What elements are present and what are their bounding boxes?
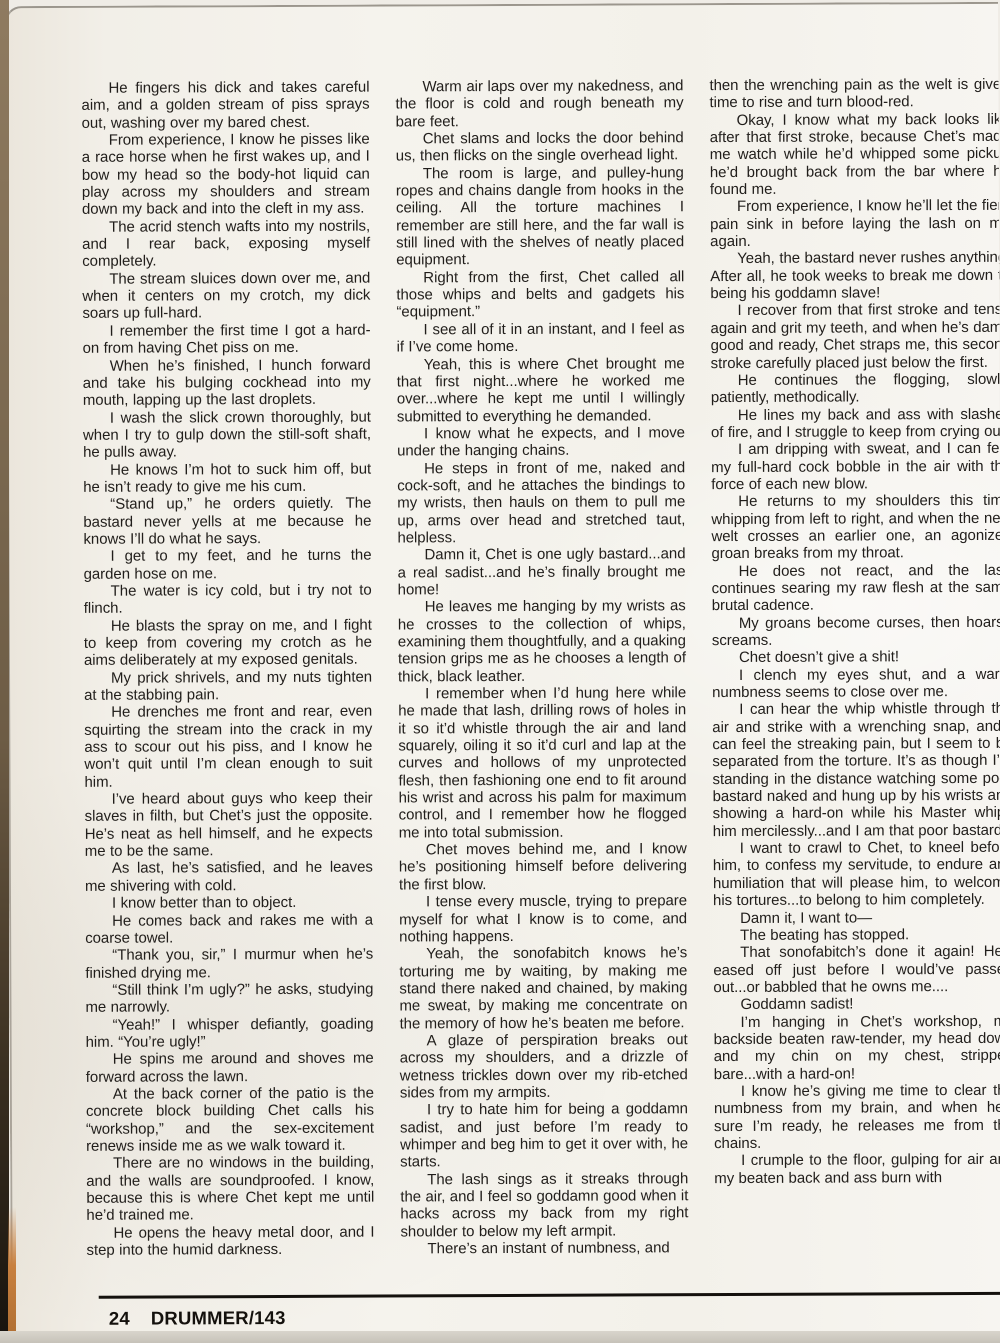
- paragraph: He does not react, and the lash continue…: [712, 561, 1000, 614]
- paragraph: From experience, I know he pisses like a…: [82, 131, 370, 219]
- paragraph: Yeah, the bastard never rushes anything!…: [710, 249, 1000, 302]
- paragraph: I tense every muscle, trying to prepare …: [399, 892, 687, 945]
- scan-edge-left: [0, 0, 9, 1343]
- paragraph: Chet doesn’t give a shit!: [712, 648, 1000, 667]
- paragraph: That sonofabitch’s done it again! He’s e…: [713, 943, 1000, 996]
- paragraph: He comes back and rakes me with a coarse…: [85, 911, 373, 947]
- scan-edge-bottom: [0, 1331, 1000, 1343]
- scan-edge-accent: [8, 1207, 16, 1337]
- paragraph: He lines my back and ass with slashes of…: [711, 405, 1000, 441]
- footer-rule: [99, 1292, 1000, 1299]
- paragraph: There’s an instant of numbness, and: [400, 1239, 688, 1258]
- paragraph: I recover from that first stroke and ten…: [710, 301, 1000, 372]
- paragraph: Yeah, this is where Chet brought me that…: [397, 355, 685, 426]
- paragraph: I know he’s giving me time to clear the …: [714, 1082, 1000, 1153]
- paragraph: “Yeah!” I whisper defiantly, goading him…: [86, 1015, 374, 1051]
- paragraph: Chet slams and locks the door behind us,…: [396, 129, 684, 165]
- paragraph: “Stand up,” he orders quietly. The basta…: [83, 495, 371, 548]
- paragraph: I’ve heard about guys who keep their sla…: [85, 790, 373, 861]
- paragraph: Yeah, the sonofabitch knows he’s torturi…: [399, 944, 687, 1032]
- article-column-2: Warm air laps over my nakedness, and the…: [395, 77, 688, 1258]
- paragraph: I try to hate him for being a goddamn sa…: [400, 1100, 688, 1171]
- paragraph: My groans become curses, then hoarse scr…: [712, 613, 1000, 649]
- paragraph: I know better than to object.: [85, 894, 373, 913]
- page-footer: 24 DRUMMER/143: [109, 1303, 286, 1334]
- paragraph: He drenches me front and rear, even squi…: [84, 703, 372, 791]
- paragraph: My prick shrivels, and my nuts tighten a…: [84, 668, 372, 704]
- page-paper: He fingers his dick and takes careful ai…: [5, 2, 1000, 1337]
- paragraph: The lash sings as it streaks through the…: [400, 1170, 688, 1241]
- paragraph: He knows I’m hot to suck him off, but he…: [83, 460, 371, 496]
- paragraph: As last, he’s satisfied, and he leaves m…: [85, 859, 373, 895]
- paragraph: The acrid stench wafts into my nostrils,…: [82, 217, 370, 270]
- paragraph: Damn it, I want to—: [713, 908, 1000, 927]
- paragraph: He opens the heavy metal door, and I ste…: [86, 1223, 374, 1259]
- paragraph: I remember the first time I got a hard-o…: [82, 321, 370, 357]
- paragraph: He blasts the spray on me, and I fight t…: [84, 616, 372, 669]
- scanned-page: He fingers his dick and takes careful ai…: [0, 0, 1000, 1343]
- magazine-title: DRUMMER/143: [151, 1307, 286, 1330]
- paragraph: Warm air laps over my nakedness, and the…: [395, 77, 683, 130]
- paragraph: I crumple to the floor, gulping for air …: [714, 1151, 1000, 1187]
- paragraph: I see all of it in an instant, and I fee…: [396, 320, 684, 356]
- paragraph: The water is icy cold, but i try not to …: [84, 582, 372, 618]
- page-number: 24: [109, 1308, 130, 1330]
- paragraph: I’m hanging in Chet’s workshop, my backs…: [714, 1012, 1000, 1083]
- paragraph: I can hear the whip whistle through the …: [712, 700, 1000, 840]
- paragraph: Damn it, Chet is one ugly bastard...and …: [397, 545, 685, 598]
- paragraph: I am dripping with sweat, and I can feel…: [711, 440, 1000, 493]
- paragraph: “Still think I’m ugly?” he asks, studyin…: [85, 980, 373, 1016]
- article-column-3: then the wrenching pain as the welt is g…: [709, 76, 1000, 1257]
- paragraph: then the wrenching pain as the welt is g…: [709, 76, 1000, 112]
- paragraph: He fingers his dick and takes careful ai…: [81, 79, 369, 132]
- paragraph: From experience, I know he’ll let the fi…: [710, 197, 1000, 250]
- paragraph: The stream sluices down over me, and whe…: [82, 269, 370, 322]
- paragraph: Okay, I know what my back looks like aft…: [710, 110, 1000, 198]
- paragraph: He spins me around and shoves me forward…: [86, 1050, 374, 1086]
- paragraph: I want to crawl to Chet, to kneel before…: [713, 839, 1000, 910]
- paragraph: He leaves me hanging by my wrists as he …: [398, 598, 686, 686]
- paragraph: A glaze of perspiration breaks out acros…: [400, 1031, 688, 1102]
- paragraph: The beating has stopped.: [713, 926, 1000, 945]
- paragraph: I know what he expects, and I move under…: [397, 424, 685, 460]
- paragraph: He returns to my shoulders this time whi…: [711, 492, 1000, 563]
- paragraph: At the back corner of the patio is the c…: [86, 1085, 374, 1156]
- paragraph: I wash the slick crown thoroughly, but w…: [83, 408, 371, 461]
- paragraph: I remember when I’d hung here while he m…: [398, 684, 687, 841]
- article-column-1: He fingers his dick and takes careful ai…: [81, 79, 374, 1260]
- paragraph: There are no windows in the building, an…: [86, 1154, 374, 1225]
- paragraph: When he’s finished, I hunch forward and …: [83, 356, 371, 409]
- paragraph: “Thank you, sir,” I murmur when he’s fin…: [85, 946, 373, 982]
- paragraph: Chet moves behind me, and I know he’s po…: [399, 840, 687, 893]
- paragraph: I clench my eyes shut, and a warm numbne…: [712, 665, 1000, 701]
- paragraph: I get to my feet, and he turns the garde…: [83, 547, 371, 583]
- paragraph: Right from the first, Chet called all th…: [396, 268, 684, 321]
- paragraph: The room is large, and pulley-hung ropes…: [396, 164, 684, 269]
- article-columns: He fingers his dick and takes careful ai…: [81, 76, 1000, 1259]
- paragraph: He continues the flogging, slowly, patie…: [711, 371, 1000, 407]
- paragraph: Goddamn sadist!: [713, 995, 1000, 1014]
- paragraph: He steps in front of me, naked and cock-…: [397, 459, 685, 547]
